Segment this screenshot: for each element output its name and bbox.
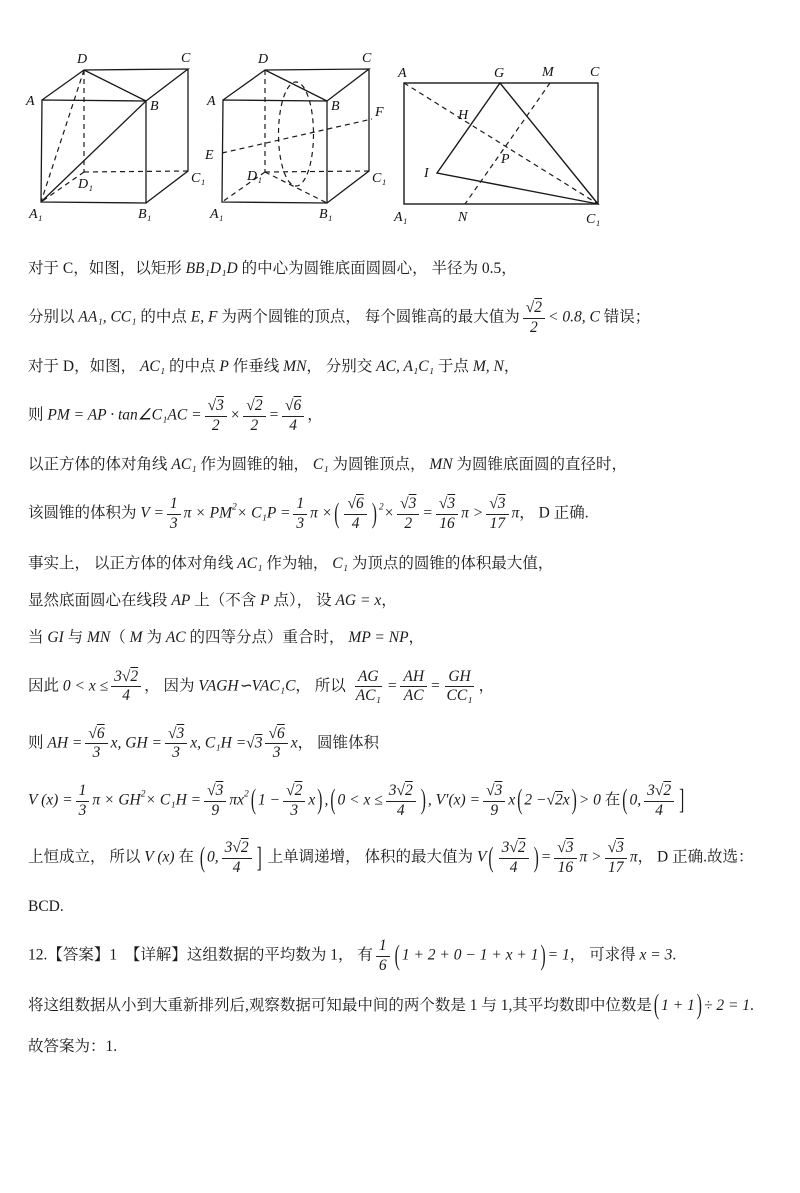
text-run: 于点 [434,358,473,375]
vertex-label: C [181,51,191,66]
math-run: = [430,677,440,694]
figure-row: D C A B D₁ C₁ A₁ B₁ [0,46,800,234]
math-run: x [308,792,315,809]
paragraph-pm-formula: 则 PM = AP · tan∠C₁AC =√32×√22=√64， [28,396,774,436]
math-run: 0 < x ≤ [337,792,382,809]
math-run: AH [403,668,424,685]
text-run: 为顶点的圆锥的体积最大值， [348,555,553,572]
fraction: 13 [167,495,181,533]
vertex-label: D₁ [246,169,262,184]
math-run: P [219,358,228,375]
math-run: M [130,629,143,646]
math-run: 17 [608,859,624,876]
text-run: ， 圆锥体积 [298,735,379,752]
paragraph-c-conclusion: 分别以 AA₁, CC₁ 的中点 E, F 为两个圆锥的顶点， 每个圆锥高的最大… [28,298,774,338]
big-delimiter: ( [654,992,659,1021]
math-run: 1 + 1 [661,997,695,1014]
math-run: AC₁ [171,456,196,473]
math-run: MN [429,456,452,473]
math-run: , V′(x) = [428,792,480,809]
vertex-label: C₁ [372,171,386,186]
point-label: F [374,105,384,120]
sqrt: √2 [122,668,138,685]
big-delimiter: ) [317,787,322,816]
vertex-label: B₁ [319,207,332,222]
math-run: AC₁ [356,687,381,704]
text-run: ， [409,629,425,646]
fraction: √22 [523,299,545,337]
big-delimiter: ) [372,500,377,529]
math-run: 9 [211,802,219,819]
big-delimiter: ( [334,500,339,529]
text-run: 事实上， 以正方体的体对角线 [28,555,237,572]
text-run: 作为轴， [262,555,332,572]
text-run: 为圆锥底面圆的直径时， [453,456,627,473]
math-run: AC₁ [140,358,165,375]
math-run: AP [171,592,190,609]
math-run: 4 [352,515,360,532]
big-delimiter: ( [330,787,335,816]
math-run: MP = NP [348,629,408,646]
fraction: 3√24 [644,782,674,820]
cube-edges [41,69,188,203]
fraction: GHCC₁ [444,668,476,706]
text-run: 故答案为：1. [28,1038,117,1055]
math-run: V = [140,505,164,522]
text-run: 作为圆锥的轴， [197,456,313,473]
math-run: x, C₁H = [190,735,246,752]
math-run: x [563,792,570,809]
solution-text: 对于 C，如图，以矩形 BB₁D₁D 的中心为圆锥底面圆圆心， 半径为 0.5，… [0,234,800,1059]
fraction: √64 [344,495,366,533]
big-delimiter: ( [251,787,256,816]
paragraph-c-setup: 对于 C，如图，以矩形 BB₁D₁D 的中心为圆锥底面圆圆心， 半径为 0.5， [28,257,774,281]
vertex-label: C [362,51,372,66]
math-run: × [384,505,394,522]
math-run: 2 [212,417,220,434]
math-run: MN [283,358,306,375]
paragraph-monotone: 上恒成立， 所以 V (x) 在 (0,3√24] 上单调递增， 体积的最大值为… [28,838,774,878]
math-run: 0, [629,792,641,809]
math-run: 4 [397,802,405,819]
math-run: 4 [655,802,663,819]
sqrt: √3 [489,495,505,512]
text-run: ， [504,358,520,375]
math-run: AC, A₁C₁ [376,358,434,375]
fraction: 3√24 [499,839,529,877]
fraction: √316 [554,839,576,877]
big-delimiter: ( [517,787,522,816]
math-run: 2 [404,515,412,532]
text-run: 则 [28,735,47,752]
math-run: 1 − [258,792,280,809]
math-run: 9 [490,802,498,819]
paragraph-ah-gh: 则 AH =√63x, GH =√33x, C₁H =√3√63x， 圆锥体积 [28,724,774,764]
big-delimiter: ) [572,787,577,816]
point-label: G [494,66,504,81]
big-delimiter: ] [679,787,684,816]
math-run: πx [229,792,244,809]
math-run: 3 [114,668,122,685]
sqrt: √6 [88,725,104,742]
vertex-label: A₁ [393,210,407,225]
vertex-label: B [331,99,340,114]
text-run: ， 所以 [295,677,349,694]
fraction: 16 [376,937,390,975]
sqrt: √3 [439,495,455,512]
text-run: 为 [143,629,166,646]
math-run: 16 [558,859,574,876]
vertex-label: B [150,99,159,114]
sqrt: √3 [608,839,624,856]
math-run: GI [47,629,63,646]
text-run: 上单调递增， 体积的最大值为 [264,849,477,866]
vertex-label: D [76,52,87,67]
text-run: BCD. [28,898,64,915]
math-run: x = 3 [640,947,673,964]
sqrt: √2 [286,782,302,799]
math-run: × C₁P = [237,505,291,522]
sqrt: √3 [208,397,224,414]
paragraph-q12: 12.【答案】1 【详解】这组数据的平均数为 1， 有16(1 + 2 + 0 … [28,936,774,976]
math-run: BB₁D₁D [186,260,238,277]
text-run: 的中点 [165,358,219,375]
paragraph-final-answer: 故答案为：1. [28,1035,774,1059]
math-run: 0 < x ≤ [63,677,108,694]
math-run: × C₁H = [146,792,202,809]
vertex-label: A [397,66,407,81]
text-run: . [750,997,754,1014]
math-run: PM = AP · tan∠C₁AC = [47,407,201,424]
point-label: E [204,148,214,163]
text-run: 以正方体的体对角线 [28,456,171,473]
math-run: 1 + 2 + 0 − 1 + x + 1 [402,947,539,964]
sqrt: √6 [285,397,301,414]
superscript: 2 [244,789,249,800]
math-run: 2 [530,319,538,336]
math-run: π > [580,849,602,866]
text-run: 上（不含 [190,592,260,609]
vertex-label: A₁ [28,207,42,222]
math-run: π × GH [92,792,140,809]
math-run: 17 [490,515,506,532]
vertex-label: A [25,94,35,109]
vertex-label: A₁ [209,207,223,222]
math-run: E, F [191,309,218,326]
rect-labels: A G M C H P I A₁ N C₁ [393,65,600,227]
cube-hidden-edges [222,70,372,203]
math-run: AH = [47,735,82,752]
math-run: 2 − [524,792,546,809]
math-run: V (x) [144,849,174,866]
cube-hidden-edges [41,70,188,202]
math-run: π > [461,505,483,522]
paragraph-axis: 以正方体的体对角线 AC₁ 作为圆锥的轴， C₁ 为圆锥顶点， MN 为圆锥底面… [28,453,774,477]
text-run: ， D 正确.故选： [638,849,754,866]
paragraph-similar: 因此 0 < x ≤3√24， 因为 VAGH∽VAC₁C， 所以 AGAC₁=… [28,667,774,707]
math-run: 4 [510,859,518,876]
sqrt: √3 [557,839,573,856]
math-run: < 0.8, C [548,309,604,326]
math-run: 4 [233,859,241,876]
text-run: ， 分别交 [306,358,376,375]
fraction: √32 [397,495,419,533]
text-run: 将这组数据从小到大重新排列后,观察数据可知最中间的两个数是 1 与 1,其平均数… [28,997,652,1014]
fraction: 3√24 [111,668,141,706]
text-run: ， D 正确. [519,505,588,522]
fraction: √39 [483,782,505,820]
math-run: , [324,792,328,809]
text-run: 的中心为圆锥底面圆圆心， 半径为 0.5， [238,260,517,277]
math-run: 3 [79,802,87,819]
math-run: 3 [273,744,281,761]
big-delimiter: ( [395,942,400,971]
big-delimiter: ) [697,992,702,1021]
fraction: √22 [243,397,265,435]
math-run: = [269,407,279,424]
document-page: D C A B D₁ C₁ A₁ B₁ [0,0,800,1193]
big-delimiter: ( [622,787,627,816]
text-run: 对于 D，如图， [28,358,140,375]
fraction: √33 [165,725,187,763]
big-delimiter: ) [421,787,426,816]
math-run: C₁ [332,555,348,572]
fraction: √39 [204,782,226,820]
fraction: √63 [85,725,107,763]
fraction: √64 [282,397,304,435]
math-run: AC [404,687,424,704]
paragraph-center: 显然底面圆心在线段 AP 上（不含 P 点）， 设 AG = x， [28,589,774,613]
math-run: 0, [207,849,219,866]
math-run: × [230,407,240,424]
math-run: 3 [170,515,178,532]
sqrt: √2 [396,782,412,799]
math-run: = [422,505,432,522]
text-run: 该圆锥的体积为 [28,505,140,522]
vertex-label: A [206,94,216,109]
math-run: AA₁, CC₁ [78,309,136,326]
math-run: AG = x [335,592,381,609]
fraction: AHAC [400,668,427,706]
paragraph-fact: 事实上， 以正方体的体对角线 AC₁ 作为轴， C₁ 为顶点的圆锥的体积最大值， [28,552,774,576]
math-run: 3 [647,782,655,799]
paragraph-answer-bcd: BCD. [28,895,774,919]
math-run: VAGH∽VAC₁C [198,677,295,694]
fraction: √23 [283,782,305,820]
math-run: = 1 [548,947,570,964]
sqrt: √3 [207,782,223,799]
math-run: P [260,592,269,609]
text-run: 的四等分点）重合时， [186,629,349,646]
text-run: 则 [28,407,47,424]
fraction: √316 [436,495,458,533]
text-run: 显然底面圆心在线段 [28,592,171,609]
math-run: 3 [296,515,304,532]
math-run: 16 [439,515,455,532]
rectangle-edges [404,83,598,204]
fraction: √317 [486,495,508,533]
sqrt: √3 [486,782,502,799]
math-run: AC [166,629,186,646]
point-label: P [500,152,510,167]
math-run: > 0 [579,792,605,809]
math-run: 3 [290,802,298,819]
sqrt: √2 [509,839,525,856]
text-run: （ [110,629,129,646]
math-run: 6 [379,957,387,974]
text-run: 因此 [28,677,63,694]
fraction: AGAC₁ [353,668,384,706]
math-run: 1 [296,495,304,512]
vertex-label: D [257,52,268,67]
text-run: 的中点 [137,309,191,326]
text-run: 为两个圆锥的顶点， 每个圆锥高的最大值为 [217,309,519,326]
fraction: 3√24 [222,839,252,877]
text-run: 对于 C，如图，以矩形 [28,260,186,277]
math-run: π × [310,505,332,522]
math-run: 2 [251,417,259,434]
fraction: 13 [76,782,90,820]
math-run: M, N [473,358,504,375]
text-run: ， 因为 [144,677,198,694]
text-run: 与 [64,629,87,646]
math-run: 1 [379,937,387,954]
sqrt: √2 [546,792,562,809]
cube-figure-1: D C A B D₁ C₁ A₁ B₁ [22,46,212,231]
text-run: 错误； [604,309,651,326]
sqrt: √2 [655,782,671,799]
math-run: AC₁ [237,555,262,572]
fraction: √63 [265,725,287,763]
math-run: C₁ [313,456,329,473]
vertex-label: B₁ [138,207,151,222]
fraction: 13 [293,495,307,533]
point-label: N [457,210,468,225]
big-delimiter: ( [488,844,493,873]
math-run: x, GH = [111,735,162,752]
paragraph-coincide: 当 GI 与 MN（ M 为 AC 的四等分点）重合时， MP = NP， [28,626,774,650]
vertex-label: D₁ [77,177,93,192]
sqrt: √3 [168,725,184,742]
math-run: CC₁ [447,687,473,704]
rectangle-figure-3: A G M C H P I A₁ N C₁ [392,46,627,231]
text-run: 作垂线 [229,358,283,375]
math-run: ÷ 2 = 1 [704,997,750,1014]
sqrt: √2 [232,839,248,856]
text-run: ， [479,677,495,694]
math-run: V (x) = [28,792,73,809]
paragraph-median: 将这组数据从小到大重新排列后,观察数据可知最中间的两个数是 1 与 1,其平均数… [28,994,774,1018]
sqrt: √6 [347,495,363,512]
text-run: 在 [175,849,198,866]
point-label: H [457,108,469,123]
text-run: 当 [28,629,47,646]
fraction: √317 [605,839,627,877]
text-run: 12.【答案】1 【详解】这组数据的平均数为 1， 有 [28,947,373,964]
vertex-label: C₁ [586,212,600,227]
text-run: ， [307,407,323,424]
text-run: . [672,947,676,964]
big-delimiter: ( [200,844,205,873]
sqrt: √6 [268,725,284,742]
paragraph-volume: 该圆锥的体积为 V =13π × PM2× C₁P =13π ×(√64)2×√… [28,494,774,534]
math-run: AG [358,668,379,685]
point-label: I [423,166,430,181]
math-run: 1 [170,495,178,512]
vertex-label: C [590,65,600,80]
math-run: MN [87,629,110,646]
text-run: 分别以 [28,309,78,326]
point-label: M [541,65,555,80]
math-run: π [630,849,638,866]
text-run: ， 可求得 [570,947,640,964]
cube-figure-2: D C A B F E D₁ C₁ A₁ B₁ [203,46,393,231]
math-run: x [291,735,298,752]
paragraph-d-setup: 对于 D，如图， AC₁ 的中点 P 作垂线 MN， 分别交 AC, A₁C₁ … [28,355,774,379]
math-run: 3 [93,744,101,761]
text-run: 上恒成立， 所以 [28,849,144,866]
sqrt: √3 [246,735,262,752]
math-run: = [387,677,397,694]
math-run: = [541,849,551,866]
fraction: √32 [205,397,227,435]
math-run: GH [448,668,470,685]
text-run: 点）， 设 [270,592,336,609]
big-delimiter: ] [257,844,262,873]
math-run: 3 [172,744,180,761]
math-run: 1 [79,782,87,799]
sqrt: √2 [246,397,262,414]
fraction: 3√24 [386,782,416,820]
math-run: 4 [122,687,130,704]
math-run: x [508,792,515,809]
sqrt: √2 [526,299,542,316]
math-run: 4 [289,417,297,434]
big-delimiter: ) [541,942,546,971]
text-run: 在 [605,792,621,809]
math-run: π × PM [184,505,232,522]
text-run: ， [381,592,397,609]
text-run: 为圆锥顶点， [329,456,430,473]
paragraph-vx-formula: V (x) =13π × GH2× C₁H =√39πx2(1 −√23x),(… [28,781,774,821]
math-run: V [477,849,486,866]
big-delimiter: ) [534,844,539,873]
sqrt: √3 [400,495,416,512]
